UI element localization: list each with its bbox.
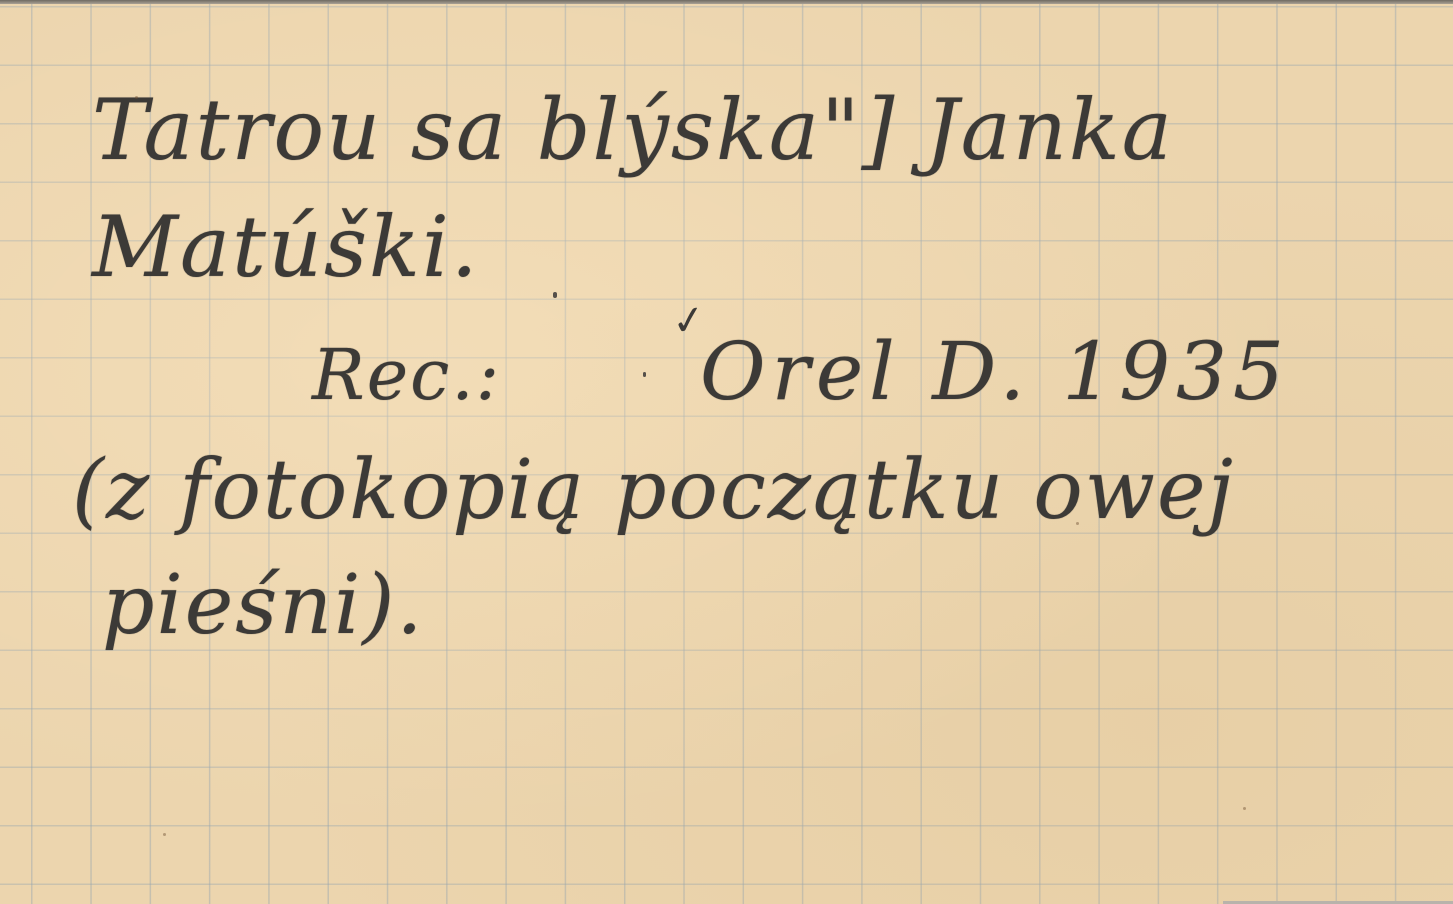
catalog-card: Tatrou sa blýska"] Janka Matúški. Rec.: … bbox=[0, 0, 1453, 904]
paper-speck bbox=[135, 96, 138, 99]
paper-speck bbox=[1076, 522, 1079, 525]
paper-speck bbox=[1243, 807, 1246, 810]
card-top-edge bbox=[0, 0, 1453, 4]
paper-speck bbox=[163, 833, 166, 836]
handwritten-note-line: (z fotokopią początku owej bbox=[72, 450, 1235, 532]
ink-dot bbox=[553, 292, 557, 298]
handwritten-note-end-line: pieśni). bbox=[102, 565, 424, 647]
handwritten-title-line: Tatrou sa blýska"] Janka bbox=[92, 88, 1174, 172]
handwritten-review-label: Rec.: bbox=[312, 340, 501, 410]
ink-dot bbox=[643, 372, 646, 377]
handwritten-review-value: Orel D. 1935 bbox=[700, 332, 1290, 412]
handwritten-author-line: Matúški. bbox=[92, 205, 480, 289]
